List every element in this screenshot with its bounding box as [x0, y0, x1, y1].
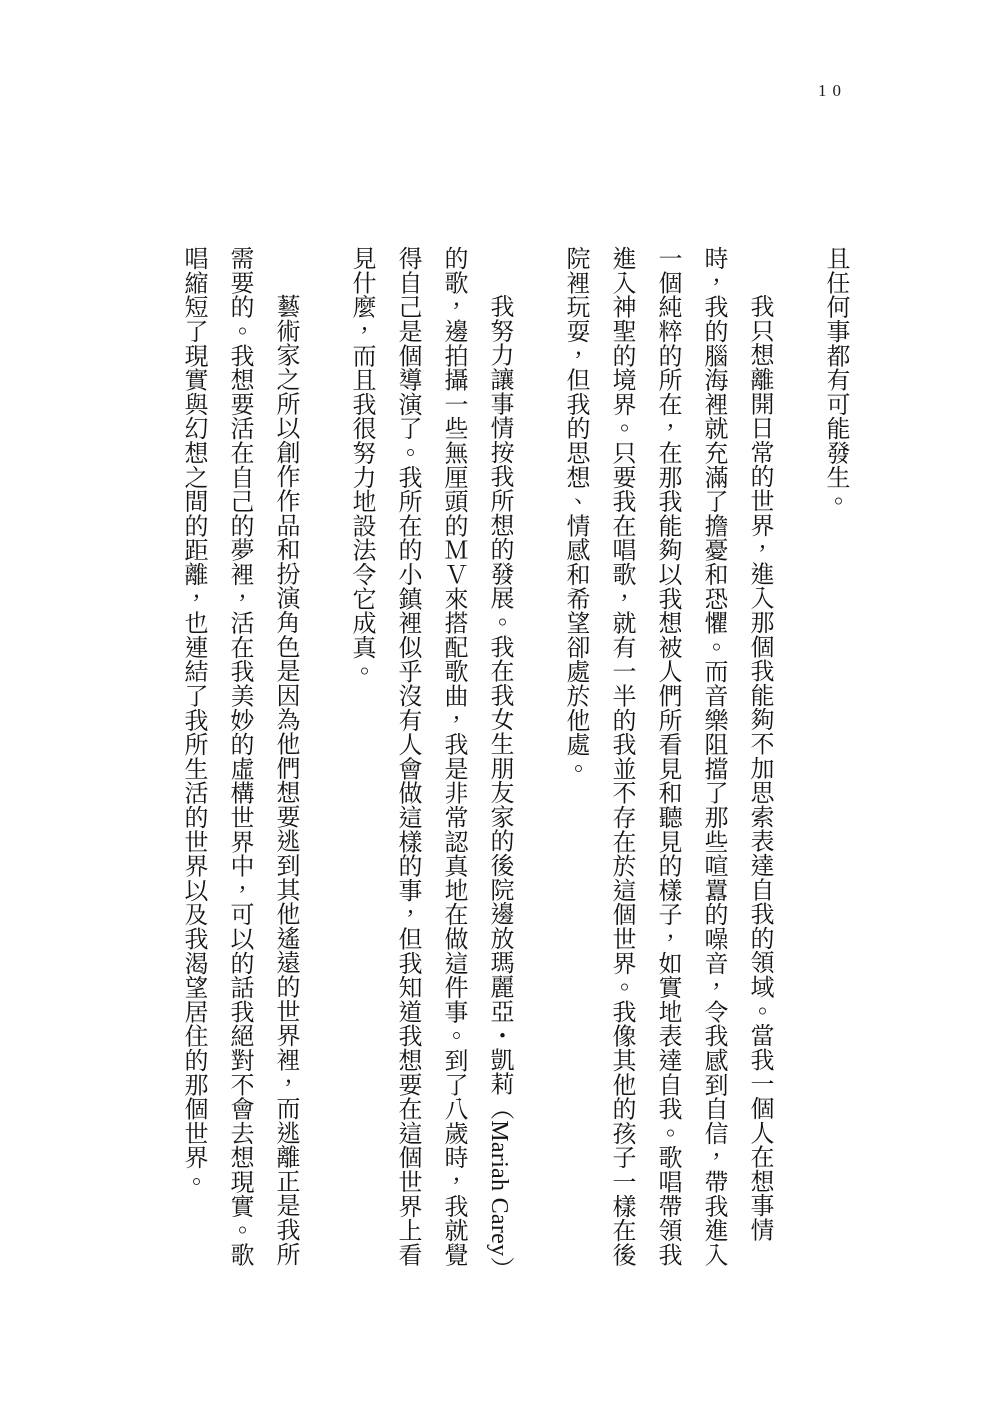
vertical-text-block: 且任何事都有可能發生。 我只想離開日常的世界，進入那個我能夠不加思索表達自我的領… — [170, 246, 858, 1280]
paragraph: 我努力讓事情按我所想的發展。我在我女生朋友家的後院邊放瑪麗亞・凱莉（Mariah… — [338, 246, 522, 1280]
book-page: 10 且任何事都有可能發生。 我只想離開日常的世界，進入那個我能夠不加思索表達自… — [0, 0, 1000, 1403]
paragraph: 我只想離開日常的世界，進入那個我能夠不加思索表達自我的領域。當我一個人在想事情時… — [552, 246, 782, 1280]
paragraph: 藝術家之所以創作作品和扮演角色是因為他們想要逃到其他遙遠的世界裡，而逃離正是我所… — [170, 246, 308, 1280]
paragraph: 且任何事都有可能發生。 — [812, 246, 858, 1280]
page-number: 10 — [818, 81, 847, 101]
